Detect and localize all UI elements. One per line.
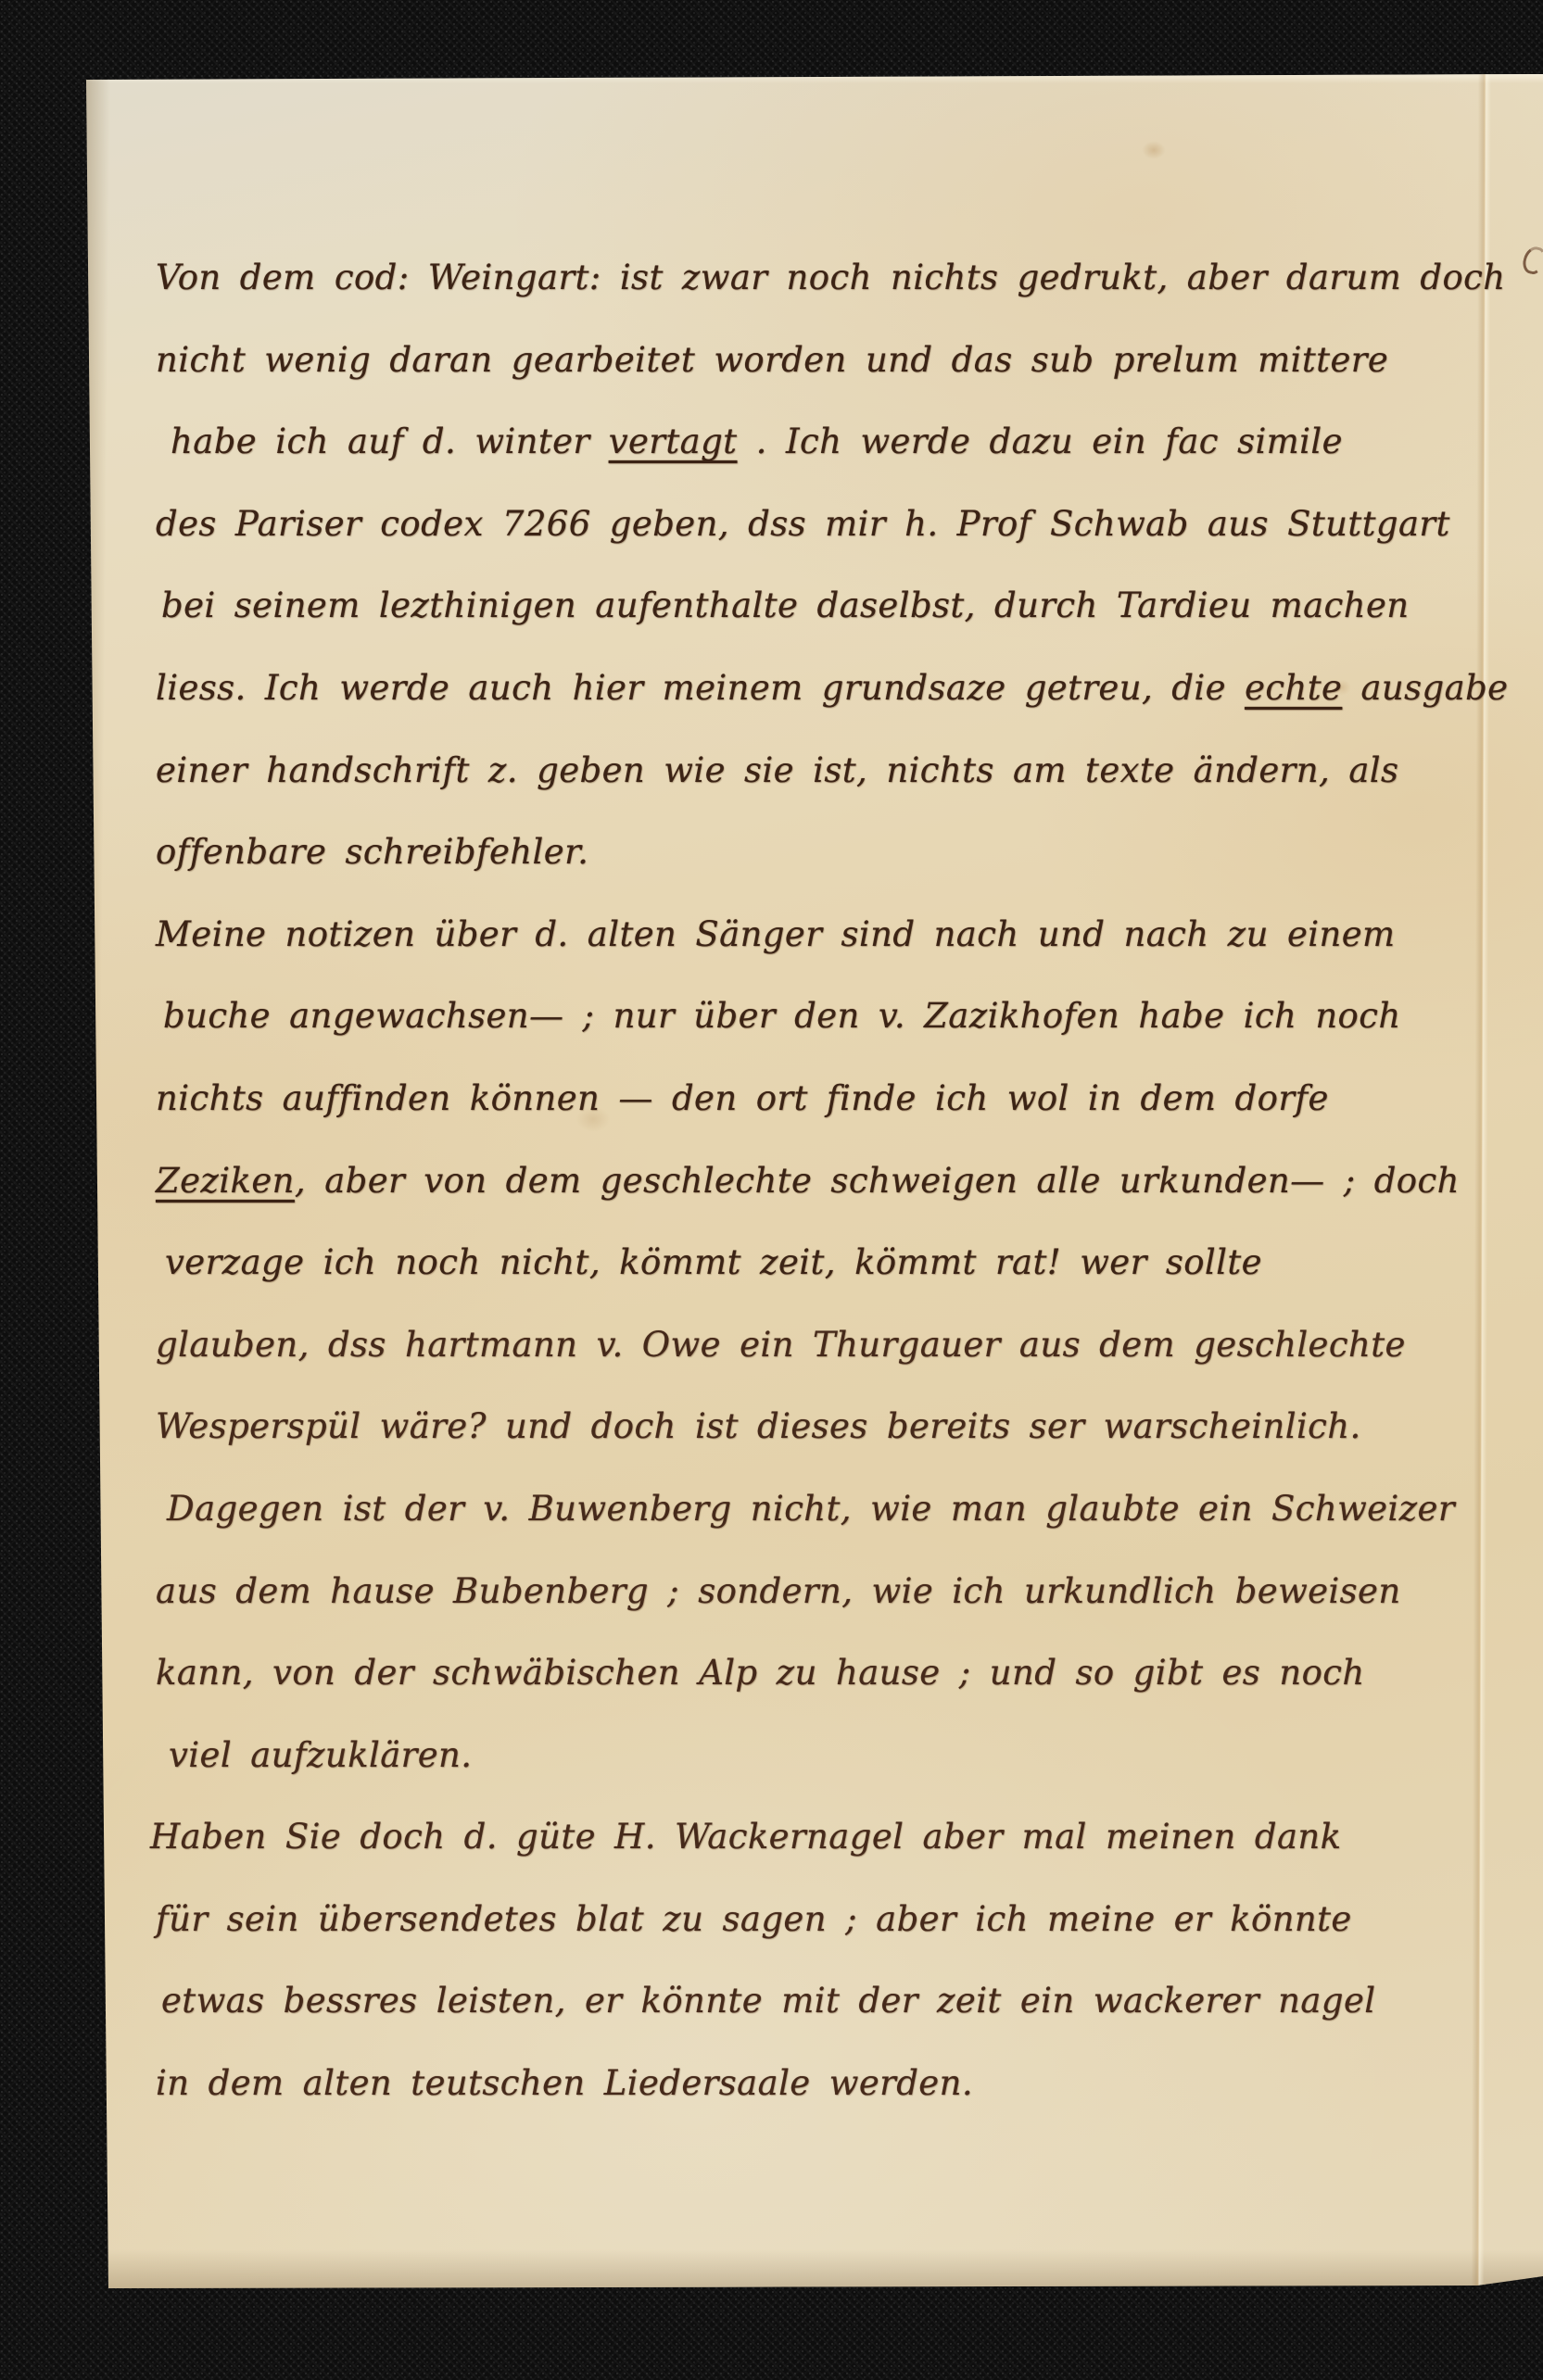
line-text: buche angewachsen— ; nur über den v. Zaz… <box>163 996 1401 1036</box>
line-text: Dagegen ist der v. Buwenberg nicht, wie … <box>167 1489 1455 1529</box>
line-text: glauben, dss hartmann v. Owe ein Thurgau… <box>156 1325 1406 1365</box>
line-text: viel aufzuklären. <box>169 1735 472 1775</box>
manuscript-line: in dem alten teutschen Liedersaale werde… <box>156 2043 1453 2125</box>
line-text: etwas bessres leisten, er könnte mit der… <box>161 1981 1375 2021</box>
manuscript-line: aus dem hause Bubenberg ; sondern, wie i… <box>156 1551 1453 1633</box>
vertical-fold-crease <box>1471 72 1491 2288</box>
manuscript-line: habe ich auf d. winter vertagt . Ich wer… <box>171 401 1453 484</box>
facing-page-ink-bleed <box>1521 245 1543 276</box>
line-text: einer handschrift z. geben wie sie ist, … <box>156 750 1398 790</box>
manuscript-line: offenbare schreibfehler. <box>156 812 1453 894</box>
manuscript-line: Wesperspül wäre? und doch ist dieses ber… <box>156 1386 1453 1468</box>
manuscript-line: einer handschrift z. geben wie sie ist, … <box>156 730 1453 812</box>
manuscript-line: etwas bessres leisten, er könnte mit der… <box>161 1960 1453 2043</box>
paper-top-edge-highlight <box>86 74 1543 83</box>
line-text: verzage ich noch nicht, kömmt zeit, kömm… <box>165 1242 1262 1282</box>
line-text: für sein übersendetes blat zu sagen ; ab… <box>156 1899 1352 1939</box>
photograph-stage: Von dem cod: Weingart: ist zwar noch nic… <box>0 0 1543 2380</box>
line-text: des Pariser codex 7266 geben, dss mir h.… <box>156 504 1450 544</box>
manuscript-lines: Von dem cod: Weingart: ist zwar noch nic… <box>156 237 1453 2125</box>
line-text: liess. Ich werde auch hier meinem grunds… <box>156 668 1245 708</box>
manuscript-line: viel aufzuklären. <box>169 1715 1453 1797</box>
manuscript-line: Zeziken, aber von dem geschlechte schwei… <box>156 1140 1453 1223</box>
line-text: Von dem cod: Weingart: ist zwar noch nic… <box>156 258 1506 297</box>
line-text: offenbare schreibfehler. <box>156 832 588 872</box>
line-text: ausgabe <box>1342 668 1508 708</box>
underlined-word: Zeziken <box>156 1161 295 1201</box>
line-text: habe ich auf d. winter <box>171 422 609 461</box>
manuscript-paper-sheet: Von dem cod: Weingart: ist zwar noch nic… <box>0 0 1543 2380</box>
line-text: bei seinem lezthinigen aufenthalte dasel… <box>161 586 1410 625</box>
line-text: Meine notizen über d. alten Sänger sind … <box>156 914 1396 954</box>
manuscript-line: liess. Ich werde auch hier meinem grunds… <box>156 648 1453 730</box>
paper-left-edge-shadow <box>65 78 110 2288</box>
line-text: . Ich werde dazu ein fac simile <box>737 422 1342 461</box>
manuscript-line: des Pariser codex 7266 geben, dss mir h.… <box>156 484 1453 566</box>
manuscript-line: Haben Sie doch d. güte H. Wackernagel ab… <box>150 1796 1453 1879</box>
manuscript-line: verzage ich noch nicht, kömmt zeit, kömm… <box>165 1222 1453 1304</box>
manuscript-line: buche angewachsen— ; nur über den v. Zaz… <box>163 976 1453 1058</box>
line-text: , aber von dem geschlechte schweigen all… <box>295 1161 1460 1201</box>
manuscript-line: Dagegen ist der v. Buwenberg nicht, wie … <box>167 1468 1453 1551</box>
paper-bottom-edge-shadow <box>93 2249 1543 2288</box>
manuscript-line: nicht wenig daran gearbeitet worden und … <box>156 320 1453 402</box>
manuscript-line: glauben, dss hartmann v. Owe ein Thurgau… <box>156 1304 1453 1387</box>
underlined-word: vertagt <box>609 422 738 461</box>
line-text: Haben Sie doch d. güte H. Wackernagel ab… <box>150 1817 1341 1857</box>
line-text: nicht wenig daran gearbeitet worden und … <box>156 340 1388 380</box>
manuscript-line: Von dem cod: Weingart: ist zwar noch nic… <box>156 237 1453 320</box>
line-text: in dem alten teutschen Liedersaale werde… <box>156 2063 973 2103</box>
line-text: aus dem hause Bubenberg ; sondern, wie i… <box>156 1571 1401 1611</box>
manuscript-line: bei seinem lezthinigen aufenthalte dasel… <box>161 565 1453 648</box>
manuscript-line: für sein übersendetes blat zu sagen ; ab… <box>156 1879 1453 1961</box>
manuscript-line: kann, von der schwäbischen Alp zu hause … <box>156 1632 1453 1715</box>
underlined-word: echte <box>1245 668 1342 708</box>
manuscript-line: Meine notizen über d. alten Sänger sind … <box>156 894 1453 976</box>
line-text: kann, von der schwäbischen Alp zu hause … <box>156 1653 1365 1693</box>
line-text: Wesperspül wäre? und doch ist dieses ber… <box>156 1406 1361 1446</box>
manuscript-line: nichts auffinden können — den ort finde … <box>156 1058 1453 1140</box>
line-text: nichts auffinden können — den ort finde … <box>156 1078 1329 1118</box>
